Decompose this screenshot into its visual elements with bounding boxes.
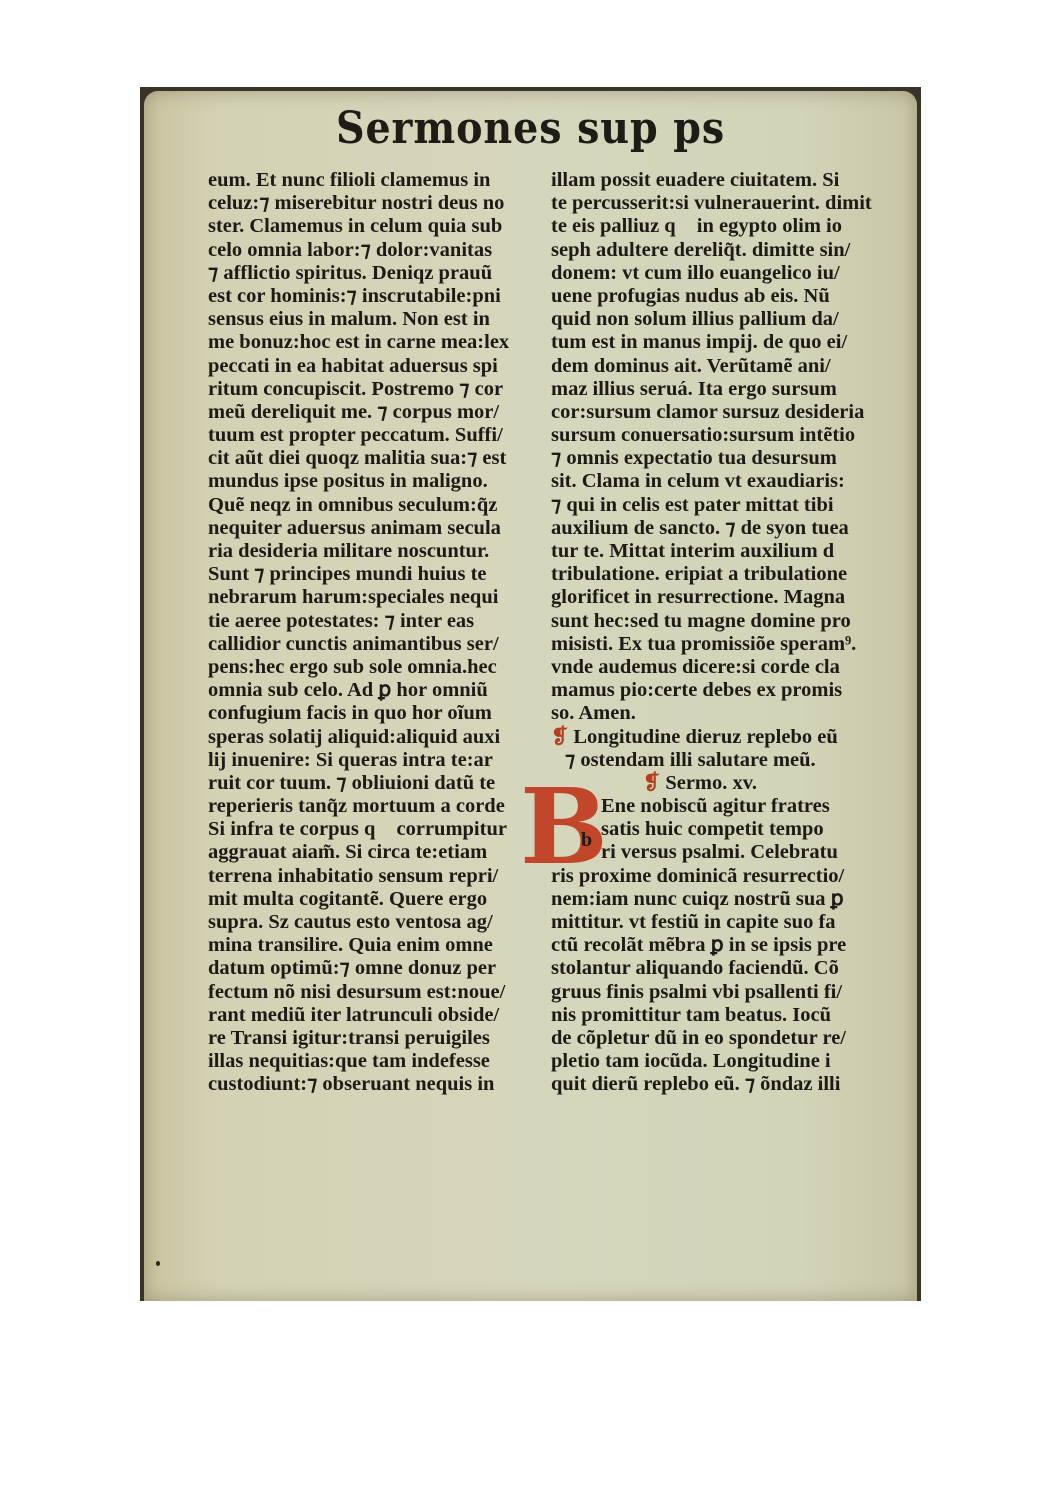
text-line: illas nequitias:que tam indefesse — [208, 1050, 540, 1073]
text-line: mit multa cogitantẽ. Quere ergo — [208, 888, 540, 911]
text-line: glorificet in resurrectione. Magna — [551, 586, 891, 609]
text-line: seph adultere dereliq̃t. dimitte sin/ — [551, 239, 891, 262]
text-line: sit. Clama in celum vt exaudiaris: — [551, 470, 891, 493]
text-line: dem dominus ait. Verũtamẽ ani/ — [551, 355, 891, 378]
running-head: Sermones sup ps — [183, 103, 879, 154]
text-line: Sunt ⁊ principes mundi huius te — [208, 563, 540, 586]
text-line: speras solatij aliquid:aliquid auxi — [208, 726, 540, 749]
text-line: tuum est propter peccatum. Suffi/ — [208, 424, 540, 447]
text-line: nebrarum harum:speciales nequi — [208, 586, 540, 609]
text-line: illam possit euadere ciuitatem. Si — [551, 169, 891, 192]
text-line: tie aeree potestates: ⁊ inter eas — [208, 610, 540, 633]
text-line: ⁊ qui in celis est pater mittat tibi — [551, 494, 891, 517]
text-line: Si infra te corpus qᷟ corrumpitur — [208, 818, 540, 841]
sermon-heading-text: Sermo. xv. — [665, 772, 757, 794]
text-line: celuz:⁊ miserebitur nostri deus no — [208, 192, 540, 215]
text-line: mina transilire. Quia enim omne — [208, 934, 540, 957]
guide-letter: b — [581, 829, 592, 852]
text-line: peccati in ea habitat aduersus spi — [208, 355, 540, 378]
text-line: quid non solum illius pallium da/ — [551, 308, 891, 331]
text-line: auxilium de sancto. ⁊ de syon tuea — [551, 517, 891, 540]
text-line: tur te. Mittat interim auxilium d — [551, 540, 891, 563]
text-line: re Transi igitur:transi peruigiles — [208, 1027, 540, 1050]
text-line: aggrauat aiam̃. Si circa te:etiam — [208, 841, 540, 864]
text-line: tribulatione. eripiat a tribulatione — [551, 563, 891, 586]
text-line: terrena inhabitatio sensum repri/ — [208, 865, 540, 888]
text-line: ⁊ omnis expectatio tua desursum — [551, 447, 891, 470]
text-line: pens:hec ergo sub sole omnia.hec — [208, 656, 540, 679]
text-line: sunt hec:sed tu magne domine pro — [551, 610, 891, 633]
text-line: sensus eius in malum. Non est in — [208, 308, 540, 331]
text-line: supra. Sz cautus esto ventosa ag/ — [208, 911, 540, 934]
text-line: misisti. Ex tua promissiõe speram⁹. — [551, 633, 891, 656]
text-line: pletio tam iocũda. Longitudine i — [551, 1050, 891, 1073]
rubric-pilcrow-icon: ❡ — [551, 726, 573, 748]
page-scan: Sermones sup ps eum. Et nunc filioli cla… — [140, 87, 921, 1301]
text-line: vnde audemus dicere:si corde cla — [551, 656, 891, 679]
text-line: uene profugias nudus ab eis. Nũ — [551, 285, 891, 308]
paper-leaf: Sermones sup ps eum. Et nunc filioli cla… — [144, 91, 917, 1301]
text-line: confugium facis in quo hor oĩum — [208, 702, 540, 725]
text-line: so. Amen. — [551, 702, 891, 725]
text-line: omnia sub celo. Ad ꝑ hor omniũ — [208, 679, 540, 702]
text-line: ster. Clamemus in celum quia sub — [208, 215, 540, 238]
text-line: ⁊ afflictio spiritus. Deniqz prauũ — [208, 262, 540, 285]
text-line: ria desideria militare noscuntur. — [208, 540, 540, 563]
left-column: eum. Et nunc filioli clamemus inceluz:⁊ … — [208, 169, 540, 1097]
text-line: eum. Et nunc filioli clamemus in — [208, 169, 540, 192]
text-line: maz illius seruá. Ita ergo sursum — [551, 378, 891, 401]
text-line: nis promittitur tam beatus. Iocũ — [551, 1004, 891, 1027]
text-line: ruit cor tuum. ⁊ obliuioni datũ te — [208, 772, 540, 795]
text-line: me bonuz:hoc est in carne mea:lex — [208, 331, 540, 354]
text-line: meũ dereliquit me. ⁊ corpus mor/ — [208, 401, 540, 424]
text-line: est cor hominis:⁊ inscrutabile:pni — [208, 285, 540, 308]
text-line: rant mediũ iter latrunculi obside/ — [208, 1004, 540, 1027]
text-line: quit dierũ replebo eũ. ⁊ õndaz illi — [551, 1073, 891, 1096]
text-line: celo omnia labor:⁊ dolor:vanitas — [208, 239, 540, 262]
text-line: ritum concupiscit. Postremo ⁊ cor — [208, 378, 540, 401]
text-line: de cõpletur dũ in eo spondetur re/ — [551, 1027, 891, 1050]
text-line: mamus pio:certe debes ex promis — [551, 679, 891, 702]
text-line: sursum conuersatio:sursum intẽtio — [551, 424, 891, 447]
red-initial-letter: B — [520, 779, 586, 875]
text-line: te eis palliuz qᷟ in egypto olim io — [551, 215, 891, 238]
ink-speck — [156, 1261, 160, 1266]
text-line: lij inuenire: Si queras intra te:ar — [208, 749, 540, 772]
text-line: nequiter aduersus animam secula — [208, 517, 540, 540]
text-line: fectum nõ nisi desursum est:noue/ — [208, 981, 540, 1004]
text-line: cor:sursum clamor sursuz desideria — [551, 401, 891, 424]
text-line: cit aũt diei quoqz malitia sua:⁊ est — [208, 447, 540, 470]
text-line: datum optimũ:⁊ omne donuz per — [208, 957, 540, 980]
text-line: nem:iam nunc cuiqz nostrũ sua ꝑ — [551, 888, 891, 911]
text-line: mundus ipse positus in maligno. — [208, 470, 540, 493]
text-line: donem: vt cum illo euangelico iu/ — [551, 262, 891, 285]
text-line: tum est in manus impij. de quo ei/ — [551, 331, 891, 354]
rubric-pilcrow-icon: ❡ — [643, 772, 665, 794]
text-line: Quẽ neqz in omnibus seculum:q̃z — [208, 494, 540, 517]
text-line: custodiunt:⁊ obseruant nequis in — [208, 1073, 540, 1096]
text-line: stolantur aliquando faciendũ. Cõ — [551, 957, 891, 980]
text-line: te percusserit:si vulnerauerint. dimit — [551, 192, 891, 215]
text-line: callidior cunctis animantibus ser/ — [208, 633, 540, 656]
text-line: reperieris tanq̃z mortuum a corde — [208, 795, 540, 818]
text-line: gruus finis psalmi vbi psallenti fi/ — [551, 981, 891, 1004]
text-line: ctũ recolãt mẽbra ꝑ in se ipsis pre — [551, 934, 891, 957]
text-line: ❡ Longitudine dieruz replebo eũ — [551, 726, 891, 749]
text-line: mittitur. vt festiũ in capite suo fa — [551, 911, 891, 934]
right-column: illam possit euadere ciuitatem. Site per… — [551, 169, 891, 1097]
